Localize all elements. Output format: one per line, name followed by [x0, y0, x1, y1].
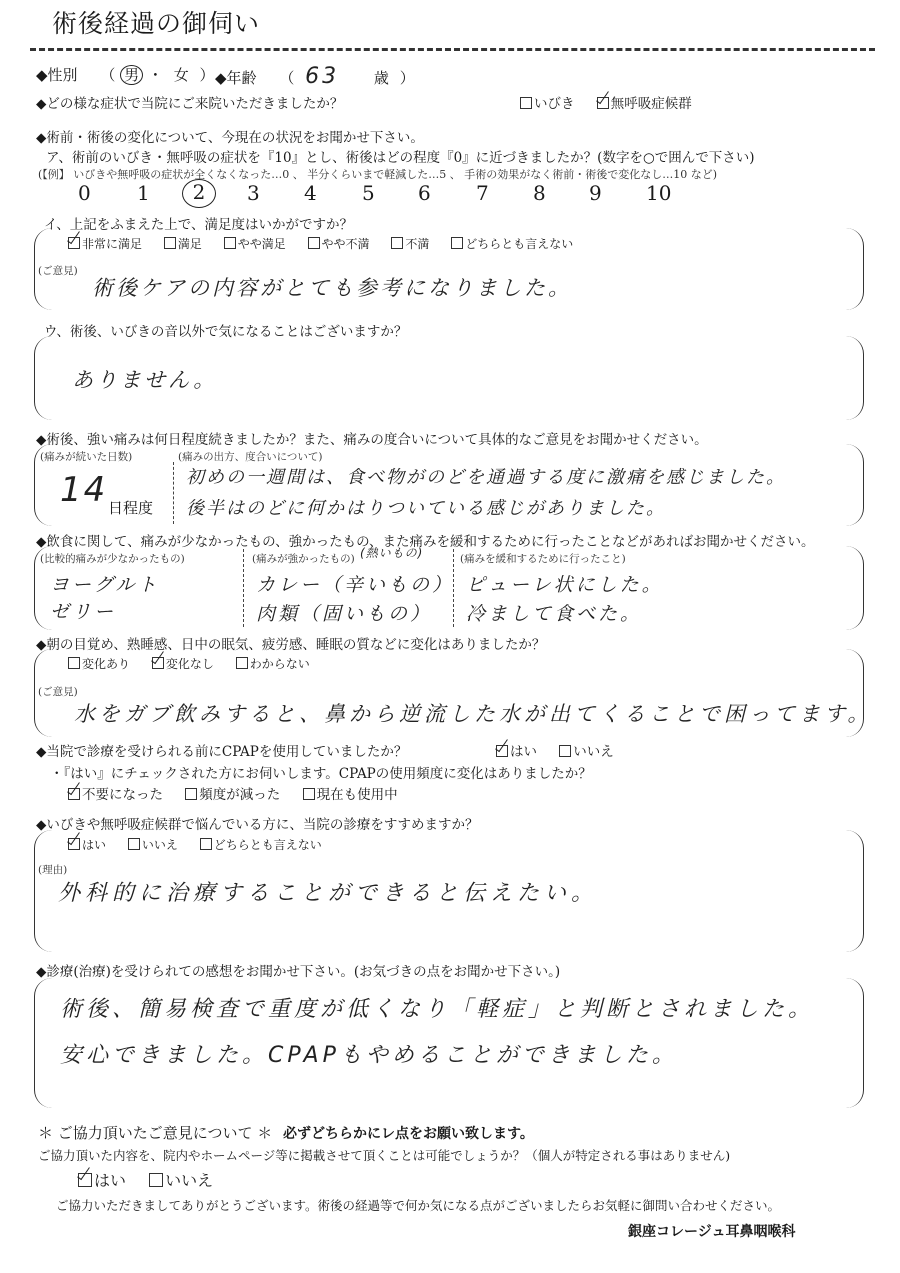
age-label: ◆年齢 [215, 69, 257, 87]
pain-detail-line1[interactable]: 初めの一週間は、食べ物がのどを通過する度に激痛を感じました。 [186, 463, 786, 489]
age-row: ◆年齢 （ 63 歳 ） [215, 64, 415, 89]
checkbox[interactable] [308, 237, 320, 249]
diet-less-2[interactable]: ゼリー [50, 597, 116, 624]
other-concerns-answer[interactable]: ありません。 [72, 364, 217, 394]
consent-option-yes[interactable]: はい [78, 1168, 126, 1191]
gender-female-option[interactable]: 女 [174, 66, 189, 84]
diet-strong-label: (痛みが強かったもの) [252, 551, 355, 566]
sleep-options: 変化あり 変化なし わからない [68, 655, 328, 672]
diet-divider-2 [453, 549, 454, 627]
change-a-question: ア、術前のいびき・無呼吸の症状を『10』とし、術後はどの程度『0』に近づきました… [46, 146, 755, 166]
scale-3[interactable]: 3 [247, 181, 260, 205]
option-somewhat-satisfied[interactable]: やや満足 [224, 235, 286, 252]
scale-0[interactable]: 0 [78, 181, 91, 205]
symptom-options: いびき 無呼吸症候群 [520, 92, 710, 112]
checkbox[interactable] [559, 745, 571, 757]
option-changed[interactable]: 変化あり [68, 655, 130, 672]
checkbox[interactable] [200, 838, 212, 850]
checkbox[interactable] [128, 838, 140, 850]
symptom-option-apnea[interactable]: 無呼吸症候群 [597, 92, 692, 112]
checkbox[interactable] [164, 237, 176, 249]
consent-options: はい いいえ [78, 1168, 231, 1191]
sleep-opinion-label: (ご意見) [38, 684, 78, 699]
scale-6[interactable]: 6 [418, 181, 431, 205]
improvement-scale: 0 1 2 3 4 5 6 7 8 9 10 [0, 181, 900, 207]
title-divider [30, 48, 875, 51]
clinic-name: 銀座コレージュ耳鼻咽喉科 [628, 1221, 795, 1241]
scale-5[interactable]: 5 [362, 181, 375, 205]
scale-8[interactable]: 8 [533, 181, 546, 205]
scale-2-circled[interactable]: 2 [182, 179, 216, 208]
satisfaction-options: 非常に満足 満足 やや満足 やや不満 不満 どちらとも言えない [68, 235, 591, 252]
cpap-sub-question: ・『はい』にチェックされた方にお伺いします。CPAPの使用頻度に変化はありました… [50, 762, 592, 782]
option-dissatisfied[interactable]: 不満 [391, 235, 429, 252]
pain-divider [173, 462, 174, 524]
impression-question: ◆診療(治療)を受けられての感想をお聞かせ下さい。(お気づきの点をお聞かせ下さい… [36, 960, 560, 980]
pain-detail-label: (痛みの出方、度合いについて) [178, 449, 322, 464]
option-still-using[interactable]: 現在も使用中 [303, 783, 398, 803]
change-a-example: (【例】 いびきや無呼吸の症状が全くなくなった…0 、 半分くらいまで軽減した…… [38, 166, 717, 182]
checkbox-checked[interactable] [68, 788, 80, 800]
checkbox[interactable] [68, 657, 80, 669]
symptom-option-snoring[interactable]: いびき [520, 92, 575, 112]
cpap-question: ◆当院で診療を受けられる前にCPAPを使用していましたか？ [36, 740, 407, 760]
diet-strong-2[interactable]: 肉類（固いもの） [256, 599, 432, 626]
checkbox-checked[interactable] [68, 237, 80, 249]
recommend-option-neutral[interactable]: どちらとも言えない [200, 836, 322, 853]
diet-divider-1 [243, 549, 244, 627]
diet-relief-1[interactable]: ピューレ状にした。 [466, 570, 664, 597]
diet-less-label: (比較的痛みが少なかったもの) [40, 551, 185, 566]
diet-strong-note[interactable]: (熱いもの) [360, 544, 423, 561]
gender-male-option[interactable]: 男 [120, 65, 143, 85]
recommend-reason[interactable]: 外科的に治療することができると伝えたい。 [58, 876, 598, 907]
scale-10[interactable]: 10 [646, 181, 671, 205]
change-question: ◆術前・術後の変化について、今現在の状況をお聞かせ下さい。 [36, 126, 424, 146]
checkbox[interactable] [303, 788, 315, 800]
checkbox-checked[interactable] [496, 745, 508, 757]
consent-option-no[interactable]: いいえ [149, 1168, 213, 1191]
scale-7[interactable]: 7 [476, 181, 489, 205]
checkbox[interactable] [391, 237, 403, 249]
consent-heading: ＊ ご協力頂いたご意見について ＊ 必ずどちらかにレ点をお願い致します。 [38, 1122, 534, 1143]
diet-strong-1[interactable]: カレー（辛いもの） [256, 570, 454, 597]
pain-days-unit: 日程度 [108, 497, 153, 518]
checkbox[interactable] [236, 657, 248, 669]
checkbox-checked[interactable] [152, 657, 164, 669]
cpap-option-no[interactable]: いいえ [559, 740, 614, 760]
page-title: 術後経過の御伺い [52, 4, 260, 40]
pain-days-label: (痛みが続いた日数) [40, 449, 132, 464]
option-no-longer-needed[interactable]: 不要になった [68, 783, 163, 803]
checkbox[interactable] [520, 97, 532, 109]
cpap-options: はい いいえ [496, 740, 632, 760]
checkbox[interactable] [451, 237, 463, 249]
recommend-options: はい いいえ どちらとも言えない [68, 836, 340, 853]
reason-label: (理由) [38, 862, 67, 877]
scale-4[interactable]: 4 [304, 181, 317, 205]
satisfaction-opinion[interactable]: 術後ケアの内容がとても参考になりました。 [92, 272, 572, 302]
consent-heading-left: ＊ ご協力頂いたご意見について ＊ [38, 1124, 272, 1142]
diet-relief-2[interactable]: 冷まして食べた。 [466, 599, 642, 626]
option-somewhat-dissatisfied[interactable]: やや不満 [308, 235, 370, 252]
gender-row: ◆性別 （ 男 ・ 女 ） [36, 64, 215, 85]
checkbox[interactable] [149, 1173, 163, 1187]
sleep-opinion[interactable]: 水をガブ飲みすると、鼻から逆流した水が出てくることで困ってます。 [74, 698, 872, 728]
pain-detail-line2[interactable]: 後半はのどに何かはりついている感じがありました。 [186, 494, 666, 520]
checkbox[interactable] [185, 788, 197, 800]
option-no-change[interactable]: 変化なし [152, 655, 214, 672]
impression-line2[interactable]: 安心できました。CPAPもやめることができました。 [60, 1038, 678, 1069]
scale-1[interactable]: 1 [137, 181, 150, 205]
recommend-option-yes[interactable]: はい [68, 836, 106, 853]
checkbox-checked[interactable] [78, 1173, 92, 1187]
option-satisfied[interactable]: 満足 [164, 235, 202, 252]
option-neutral[interactable]: どちらとも言えない [451, 235, 573, 252]
option-frequency-reduced[interactable]: 頻度が減った [185, 783, 280, 803]
gender-label: ◆性別 [36, 66, 78, 84]
option-unknown[interactable]: わからない [236, 655, 310, 672]
consent-heading-bold: 必ずどちらかにレ点をお願い致します。 [283, 1126, 534, 1142]
impression-line1[interactable]: 術後、簡易検査で重度が低くなり「軽症」と判断とされました。 [60, 992, 814, 1023]
checkbox-checked[interactable] [68, 838, 80, 850]
diet-less-1[interactable]: ヨーグルト [50, 570, 159, 597]
consent-question: ご協力頂いた内容を、院内やホームページ等に掲載させて頂くことは可能でしょうか？（… [38, 1146, 730, 1164]
checkbox[interactable] [224, 237, 236, 249]
option-very-satisfied[interactable]: 非常に満足 [68, 235, 142, 252]
checkbox-checked[interactable] [597, 97, 609, 109]
age-value[interactable]: 63 [305, 64, 339, 89]
scale-9[interactable]: 9 [589, 181, 602, 205]
opinion-label: (ご意見) [38, 263, 78, 278]
cpap-sub-options: 不要になった 頻度が減った 現在も使用中 [68, 783, 416, 803]
symptom-question: ◆どの様な症状で当院にご来院いただきましたか？ [36, 92, 343, 112]
cpap-option-yes[interactable]: はい [496, 740, 537, 760]
recommend-option-no[interactable]: いいえ [128, 836, 178, 853]
thanks-message: ご協力いただきましてありがとうございます。術後の経過等で何か気になる点がございま… [56, 1196, 780, 1214]
diet-relief-label: (痛みを緩和するために行ったこと) [460, 551, 626, 566]
pain-days-value[interactable]: 14 [60, 470, 107, 510]
